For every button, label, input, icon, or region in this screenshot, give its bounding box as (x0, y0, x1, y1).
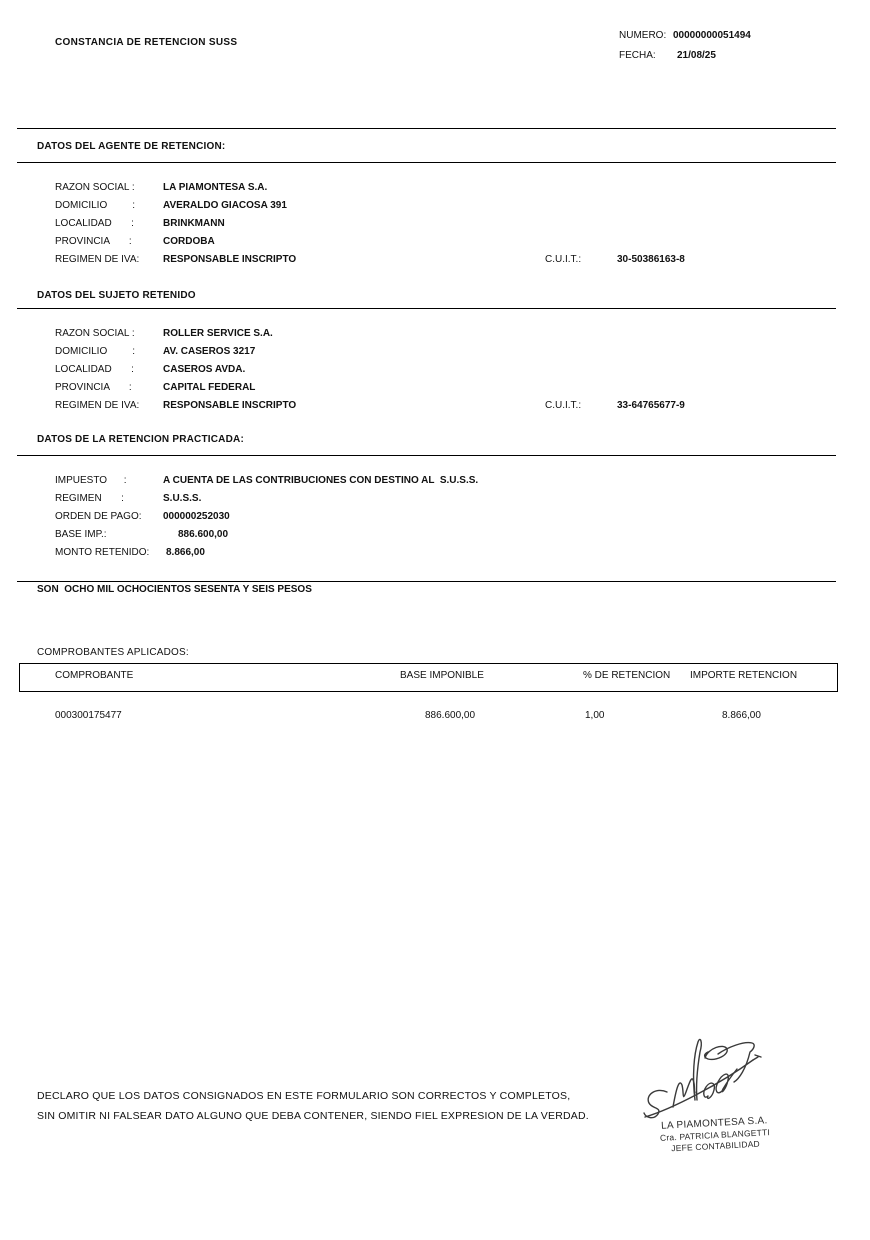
field-value: 000000252030 (163, 511, 230, 522)
field-label: PROVINCIA : (55, 382, 132, 393)
field-value: AV. CASEROS 3217 (163, 346, 255, 357)
field-row: REGIMEN DE IVA: RESPONSABLE INSCRIPTO C.… (0, 254, 870, 268)
retention-certificate-page: CONSTANCIA DE RETENCION SUSS NUMERO: 000… (0, 0, 870, 1240)
field-row: DOMICILIO : AV. CASEROS 3217 (0, 346, 870, 360)
field-label: ORDEN DE PAGO: (55, 511, 142, 522)
field-value: AVERALDO GIACOSA 391 (163, 200, 287, 211)
section-title-retencion: DATOS DE LA RETENCION PRACTICADA: (37, 434, 244, 445)
fecha-label: FECHA: (619, 50, 656, 61)
field-value: S.U.S.S. (163, 493, 201, 504)
field-value: 8.866,00 (166, 547, 205, 558)
field-label: BASE IMP.: (55, 529, 107, 540)
section-title-agente: DATOS DEL AGENTE DE RETENCION: (37, 141, 225, 152)
field-row: LOCALIDAD : BRINKMANN (0, 218, 870, 232)
field-label: REGIMEN : (55, 493, 124, 504)
cuit-label: C.U.I.T.: (545, 400, 581, 411)
field-row: ORDEN DE PAGO: 000000252030 (0, 511, 870, 525)
field-label: REGIMEN DE IVA: (55, 254, 139, 265)
field-value: CAPITAL FEDERAL (163, 382, 255, 393)
page-title: CONSTANCIA DE RETENCION SUSS (55, 37, 237, 48)
column-header-pct-retencion: % DE RETENCION (583, 670, 670, 681)
declaration-line-2: SIN OMITIR NI FALSEAR DATO ALGUNO QUE DE… (37, 1110, 589, 1122)
field-row: BASE IMP.: 886.600,00 (0, 529, 870, 543)
field-value: LA PIAMONTESA S.A. (163, 182, 267, 193)
field-row: RAZON SOCIAL : LA PIAMONTESA S.A. (0, 182, 870, 196)
field-label: RAZON SOCIAL : (55, 328, 135, 339)
field-label: LOCALIDAD : (55, 364, 134, 375)
divider (17, 455, 836, 456)
section-title-comprobantes: COMPROBANTES APLICADOS: (37, 647, 189, 658)
field-value: RESPONSABLE INSCRIPTO (163, 400, 296, 411)
field-row: PROVINCIA : CAPITAL FEDERAL (0, 382, 870, 396)
amount-in-words: SON OCHO MIL OCHOCIENTOS SESENTA Y SEIS … (37, 584, 312, 595)
field-row: LOCALIDAD : CASEROS AVDA. (0, 364, 870, 378)
divider (17, 581, 836, 582)
field-value: BRINKMANN (163, 218, 225, 229)
field-row: IMPUESTO : A CUENTA DE LAS CONTRIBUCIONE… (0, 475, 870, 489)
cell-pct-retencion: 1,00 (585, 710, 604, 721)
cell-comprobante: 000300175477 (55, 710, 122, 721)
field-row: RAZON SOCIAL : ROLLER SERVICE S.A. (0, 328, 870, 342)
signature-stamp: LA PIAMONTESA S.A. Cra. PATRICIA BLANGET… (639, 1114, 791, 1156)
field-row: DOMICILIO : AVERALDO GIACOSA 391 (0, 200, 870, 214)
field-value: A CUENTA DE LAS CONTRIBUCIONES CON DESTI… (163, 475, 478, 486)
field-row: REGIMEN : S.U.S.S. (0, 493, 870, 507)
divider (17, 162, 836, 163)
field-value: CORDOBA (163, 236, 215, 247)
field-value: CASEROS AVDA. (163, 364, 245, 375)
field-label: PROVINCIA : (55, 236, 132, 247)
divider (17, 128, 836, 129)
field-label: LOCALIDAD : (55, 218, 134, 229)
column-header-comprobante: COMPROBANTE (55, 670, 133, 681)
divider (17, 308, 836, 309)
field-row: REGIMEN DE IVA: RESPONSABLE INSCRIPTO C.… (0, 400, 870, 414)
declaration-line-1: DECLARO QUE LOS DATOS CONSIGNADOS EN EST… (37, 1090, 570, 1102)
section-title-sujeto: DATOS DEL SUJETO RETENIDO (37, 290, 196, 301)
field-label: DOMICILIO : (55, 200, 135, 211)
field-row: MONTO RETENIDO: 8.866,00 (0, 547, 870, 561)
signature-scribble-icon (642, 1030, 772, 1125)
cuit-label: C.U.I.T.: (545, 254, 581, 265)
field-label: MONTO RETENIDO: (55, 547, 149, 558)
cuit-value: 30-50386163-8 (617, 254, 685, 265)
field-label: RAZON SOCIAL : (55, 182, 135, 193)
field-label: DOMICILIO : (55, 346, 135, 357)
field-label: IMPUESTO : (55, 475, 127, 486)
cell-importe-retencion: 8.866,00 (722, 710, 761, 721)
column-header-base-imponible: BASE IMPONIBLE (400, 670, 484, 681)
fecha-value: 21/08/25 (677, 50, 716, 61)
cuit-value: 33-64765677-9 (617, 400, 685, 411)
field-value: ROLLER SERVICE S.A. (163, 328, 273, 339)
field-value: RESPONSABLE INSCRIPTO (163, 254, 296, 265)
field-row: PROVINCIA : CORDOBA (0, 236, 870, 250)
field-value: 886.600,00 (178, 529, 228, 540)
field-label: REGIMEN DE IVA: (55, 400, 139, 411)
column-header-importe-retencion: IMPORTE RETENCION (690, 670, 797, 681)
cell-base-imponible: 886.600,00 (425, 710, 475, 721)
numero-value: 00000000051494 (673, 30, 751, 41)
numero-label: NUMERO: (619, 30, 666, 41)
